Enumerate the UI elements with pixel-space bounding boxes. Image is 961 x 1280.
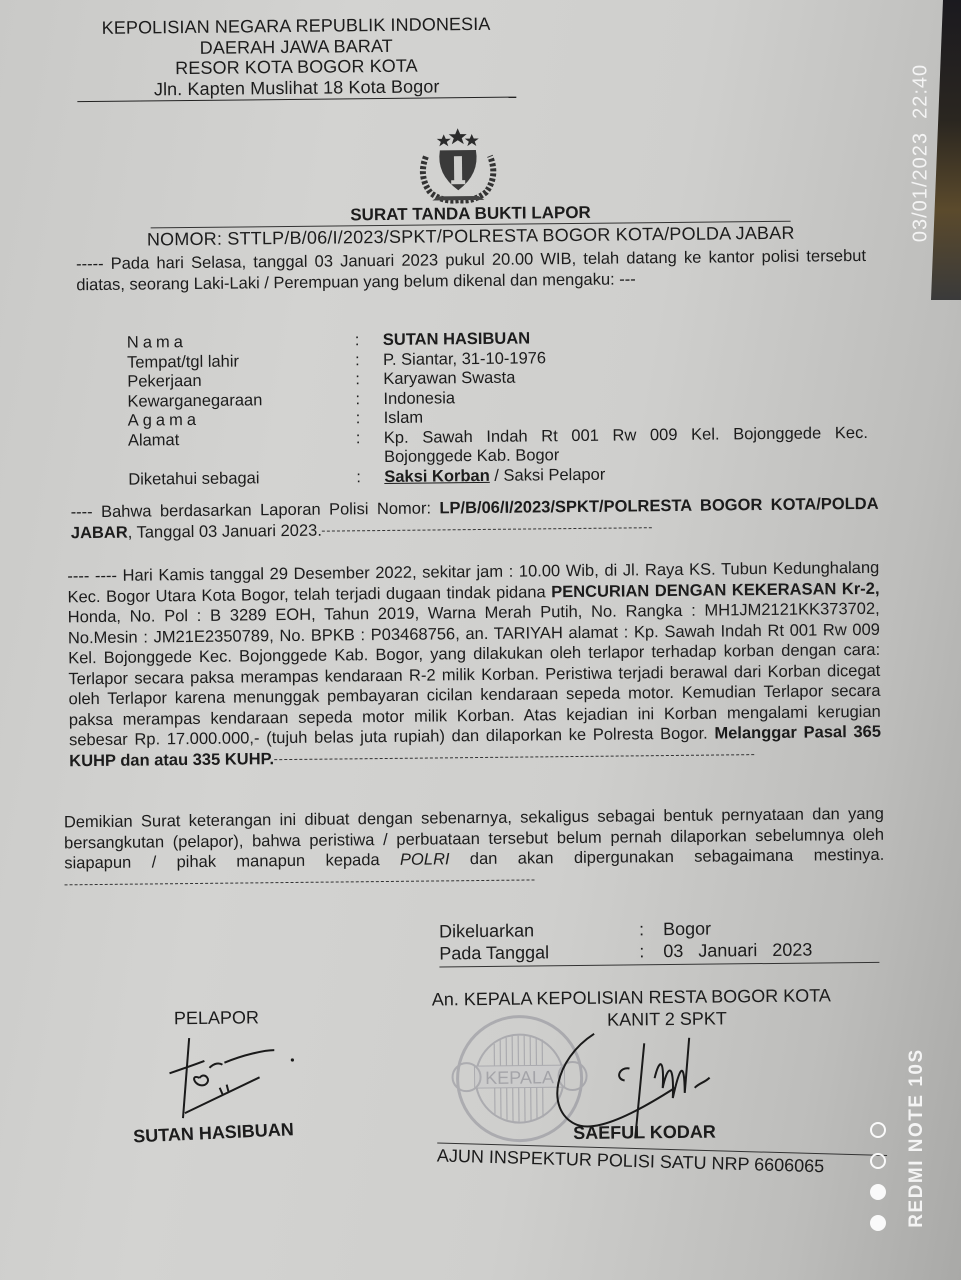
reporter-signature: [164, 1032, 305, 1123]
official-rank: AJUN INSPEKTUR POLISI SATU NRP 6606065: [437, 1142, 887, 1179]
report-reference-paragraph: ---- Bahwa berdasarkan Laporan Polisi No…: [71, 494, 879, 543]
intro-paragraph: ----- Pada hari Selasa, tanggal 03 Janua…: [76, 246, 866, 295]
crime-type: PENCURIAN DENGAN KEKERASAN Kr-2,: [551, 579, 879, 600]
closing-paragraph: Demikian Surat keterangan ini dibuat den…: [64, 804, 885, 895]
issuance-block: Dikeluarkan:Bogor Pada Tanggal:03 Januar…: [439, 916, 879, 968]
reporter-label: PELAPOR: [174, 1007, 259, 1029]
camera-timestamp: 03/01/2023 22:40: [906, 38, 936, 268]
letterhead: KEPOLISIAN NEGARA REPUBLIK INDONESIA DAE…: [88, 14, 504, 102]
header-address: Jln. Kapten Muslihat 18 Kota Bogor: [77, 75, 516, 102]
camera-device-watermark: REDMI NOTE 10S: [902, 1035, 932, 1240]
identity-table: Nama : SUTAN HASIBUAN Tempat/tgl lahir :…: [127, 326, 869, 490]
title-block: SURAT TANDA BUKTI LAPOR NOMOR: STTLP/B/0…: [125, 200, 815, 250]
chronology-paragraph: ---- ---- Hari Kamis tanggal 29 Desember…: [67, 558, 881, 771]
document-page: KEPOLISIAN NEGARA REPUBLIK INDONESIA DAE…: [0, 0, 961, 1280]
polri-emblem-icon: [408, 126, 509, 207]
official-name: SAEFUL KODAR: [573, 1122, 716, 1144]
role-selected: Saksi Korban: [384, 466, 490, 485]
reporter-signature-name: SUTAN HASIBUAN: [133, 1119, 294, 1147]
camera-watermark-dots-icon: [870, 1122, 892, 1246]
issued-date: 03 Januari 2023: [663, 939, 812, 963]
issued-place: Bogor: [663, 918, 711, 941]
header-institution: KEPOLISIAN NEGARA REPUBLIK INDONESIA: [88, 14, 503, 39]
